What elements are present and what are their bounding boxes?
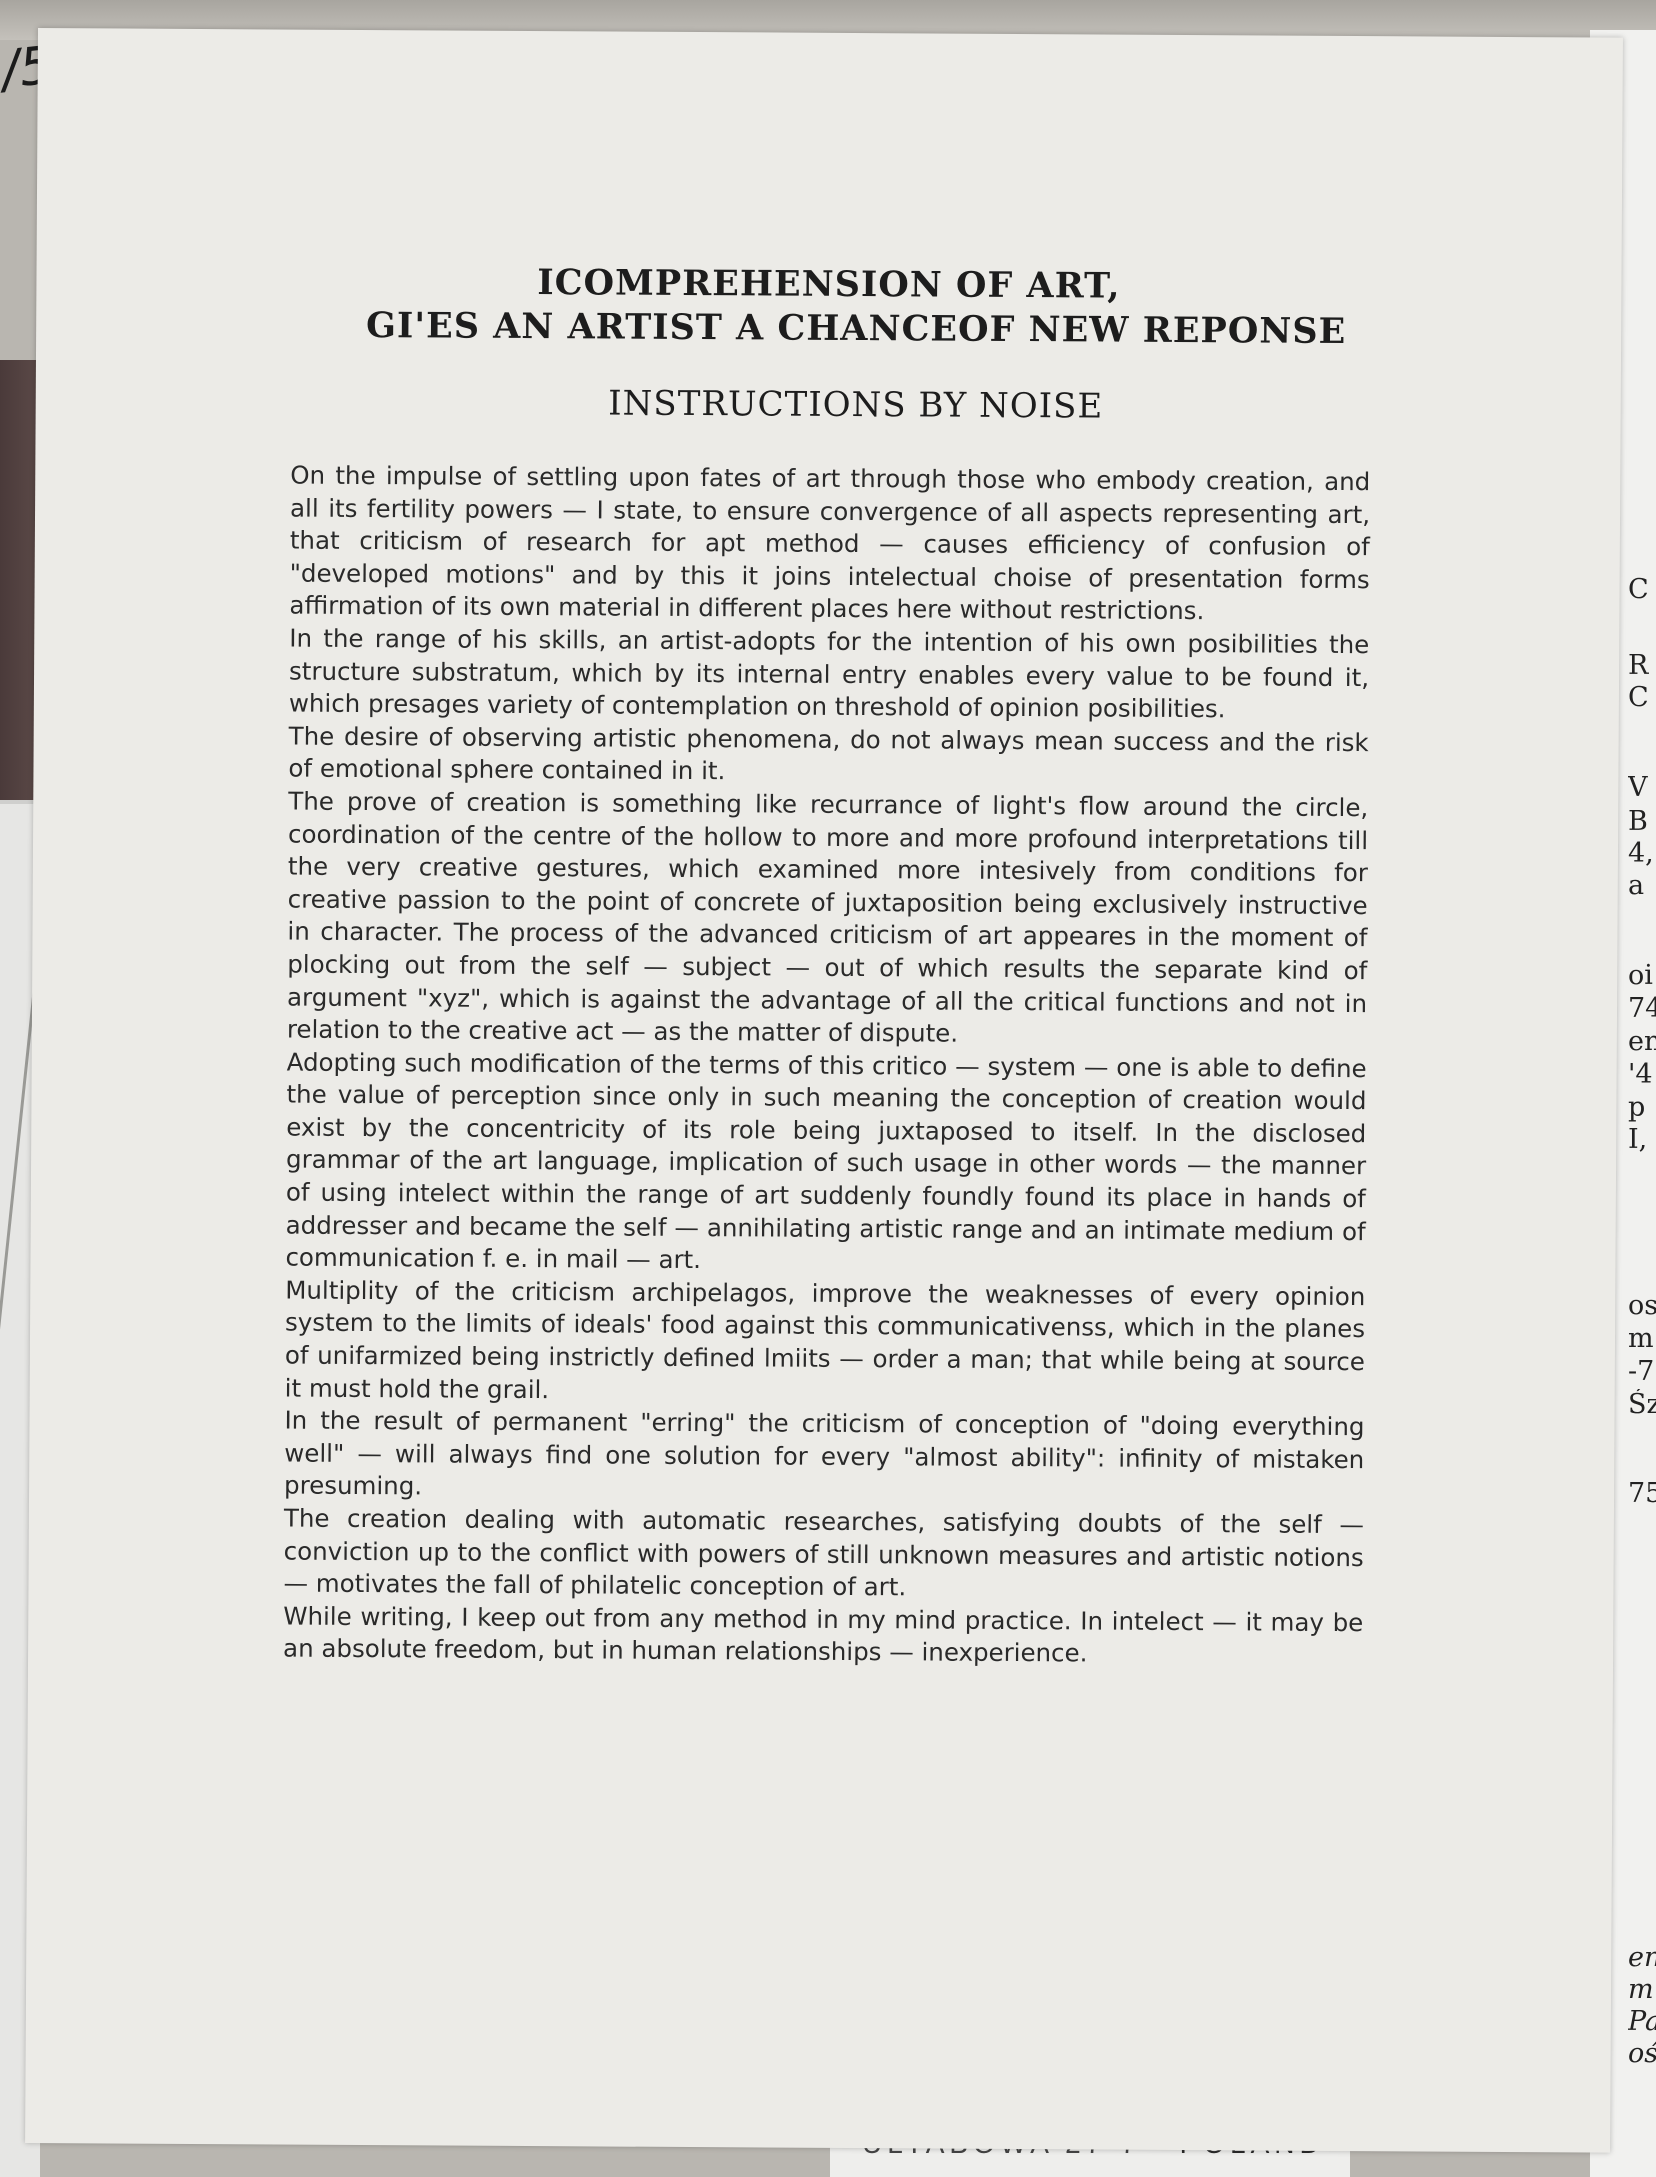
paragraph: In the range of his skills, an artist-ad… xyxy=(289,623,1370,727)
fragment: '4 xyxy=(1628,1059,1656,1091)
document-body: On the impulse of settling upon fates of… xyxy=(283,460,1370,1673)
fragment: m xyxy=(1628,1974,1656,2006)
document-sheet: ICOMPREHENSION OF ART, GI'ES AN ARTIST A… xyxy=(25,28,1623,2153)
headline-line-2: GI'ES AN ARTIST A CHANCEOF NEW REPONSE xyxy=(36,302,1621,356)
fragment: m xyxy=(1628,1323,1656,1355)
fragment: 4, xyxy=(1628,838,1656,870)
fragment: 75, xyxy=(1628,1478,1656,1510)
fragment: Pał xyxy=(1628,2006,1656,2038)
fragment: p xyxy=(1628,1092,1656,1124)
fragment: ość xyxy=(1628,2038,1656,2070)
paragraph: The creation dealing with automatic rese… xyxy=(283,1503,1364,1607)
paragraph: Adopting such modification of the terms … xyxy=(285,1046,1366,1281)
paragraph: On the impulse of settling upon fates of… xyxy=(289,460,1370,630)
fragment: C xyxy=(1628,574,1656,606)
fragment: I, xyxy=(1628,1124,1656,1156)
document-subheading: INSTRUCTIONS BY NOISE xyxy=(36,380,1621,430)
fragment: ent xyxy=(1628,1942,1656,1974)
fragment: a xyxy=(1628,870,1656,902)
fragment: V xyxy=(1628,772,1656,804)
paragraph: While writing, I keep out from any metho… xyxy=(283,1600,1363,1672)
paragraph: In the result of permanent "erring" the … xyxy=(284,1405,1365,1509)
fragment: -7 xyxy=(1628,1356,1656,1388)
fragment: C xyxy=(1628,682,1656,714)
paragraph: Multiplity of the criticism archipelagos… xyxy=(285,1274,1366,1411)
fragment: os xyxy=(1628,1290,1656,1322)
document-headline: ICOMPREHENSION OF ART, GI'ES AN ARTIST A… xyxy=(36,258,1622,356)
fragment: Śz xyxy=(1628,1389,1656,1421)
paragraph: The desire of observing artistic phenome… xyxy=(288,720,1368,792)
fragment: 74 xyxy=(1628,993,1656,1025)
fragment: R xyxy=(1628,650,1656,682)
paragraph: The prove of creation is something like … xyxy=(287,785,1369,1052)
fragment: oi xyxy=(1628,960,1656,992)
fragment: en xyxy=(1628,1026,1656,1058)
fragment: B xyxy=(1628,806,1656,838)
